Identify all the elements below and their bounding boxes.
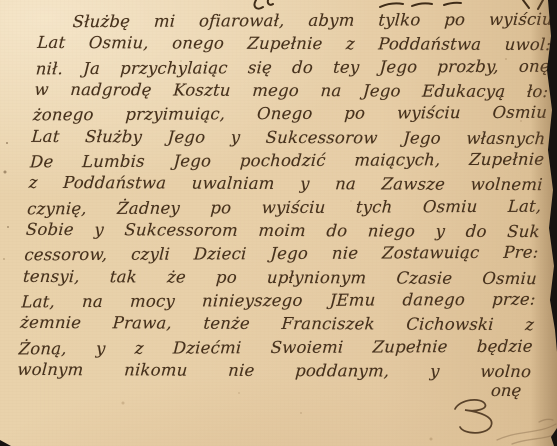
manuscript-line: żemnie Prawa, tenże Franciszek Cichowski… xyxy=(19,311,534,337)
manuscript-text: Służbę mi ofiarował, abym tylko po wyiśc… xyxy=(17,9,554,383)
manuscript-line: De Lumbis Jego pochodzić maiących, Zupeł… xyxy=(29,148,544,174)
manuscript-line: żonego przyimuiąc, Onego po wyiściu Osmi… xyxy=(32,101,547,127)
manuscript-line: wolnym nikomu nie poddanym, y wolno xyxy=(17,358,532,384)
manuscript-line: tensyi, tak że po upłynionym Czasie Osmi… xyxy=(22,265,537,291)
manuscript-line: Żoną, y z Dziećmi Swoiemi Zupełnie będzi… xyxy=(18,334,533,360)
manuscript-line: czynię, Żadney po wyiściu tych Osmiu Lat… xyxy=(27,194,542,220)
manuscript-line: Lat, na mocy ninieyszego JEmu danego prz… xyxy=(21,288,536,314)
corner-scan-notch xyxy=(0,439,11,446)
manuscript-line: nił. Ja przychylaiąc się do tey Jego pro… xyxy=(35,54,550,80)
manuscript-page: Służbę mi ofiarował, abym tylko po wyiśc… xyxy=(0,0,557,446)
manuscript-line: Lat Służby Jego y Sukcessorow Jego własn… xyxy=(31,125,546,151)
manuscript-line: Sobie y Sukcessorom moim do niego y do S… xyxy=(25,218,540,244)
manuscript-line: cessorow, czyli Dzieci Jego nie Zostawui… xyxy=(24,241,539,267)
manuscript-line: Służbę mi ofiarował, abym tylko po wyiśc… xyxy=(38,8,553,34)
manuscript-line: w nadgrodę Kosztu mego na Jego Edukacyą … xyxy=(34,78,549,104)
manuscript-line: z Poddaństwa uwalniam y na Zawsze wolnem… xyxy=(28,171,543,197)
page-torn-edge xyxy=(533,0,557,446)
manuscript-line: Lat Osmiu, onego Zupełnie z Poddaństwa u… xyxy=(37,31,552,57)
